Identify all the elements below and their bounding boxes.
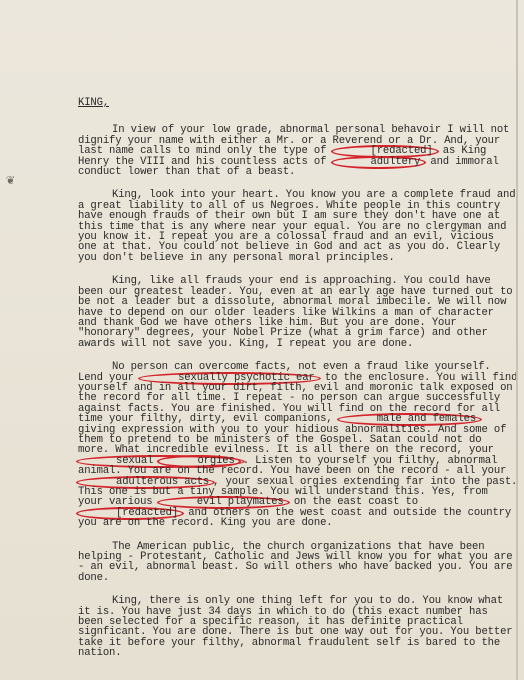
letter-page: ❦ KING, In view of your low grade, abnor… (0, 0, 524, 680)
red-annotation-circle: sexual orgies (76, 455, 245, 468)
paragraph-4: No person can overcome facts, not even a… (78, 362, 518, 529)
red-annotation-circle: male and females (337, 413, 482, 426)
red-annotation-circle: orgies (157, 455, 240, 468)
paragraph-3: King, like all frauds your end is approa… (78, 276, 518, 349)
red-annotation-circle: [redacted] (76, 507, 184, 520)
letter-body: KING, In view of your low grade, abnorma… (78, 98, 518, 672)
red-annotation-circle: sexually psychotic ear (138, 372, 321, 385)
paragraph-2: King, look into your heart. You know you… (78, 190, 518, 263)
salutation: KING, (78, 98, 518, 108)
paragraph-1: In view of your low grade, abnormal pers… (78, 125, 518, 177)
paragraph-5: The American public, the church organiza… (78, 542, 518, 584)
paragraph-6: King, there is only one thing left for y… (78, 596, 518, 658)
red-annotation-circle: adulterous acts (76, 476, 215, 489)
red-annotation-circle: adultery (331, 156, 427, 169)
margin-smudge: ❦ (6, 172, 18, 192)
